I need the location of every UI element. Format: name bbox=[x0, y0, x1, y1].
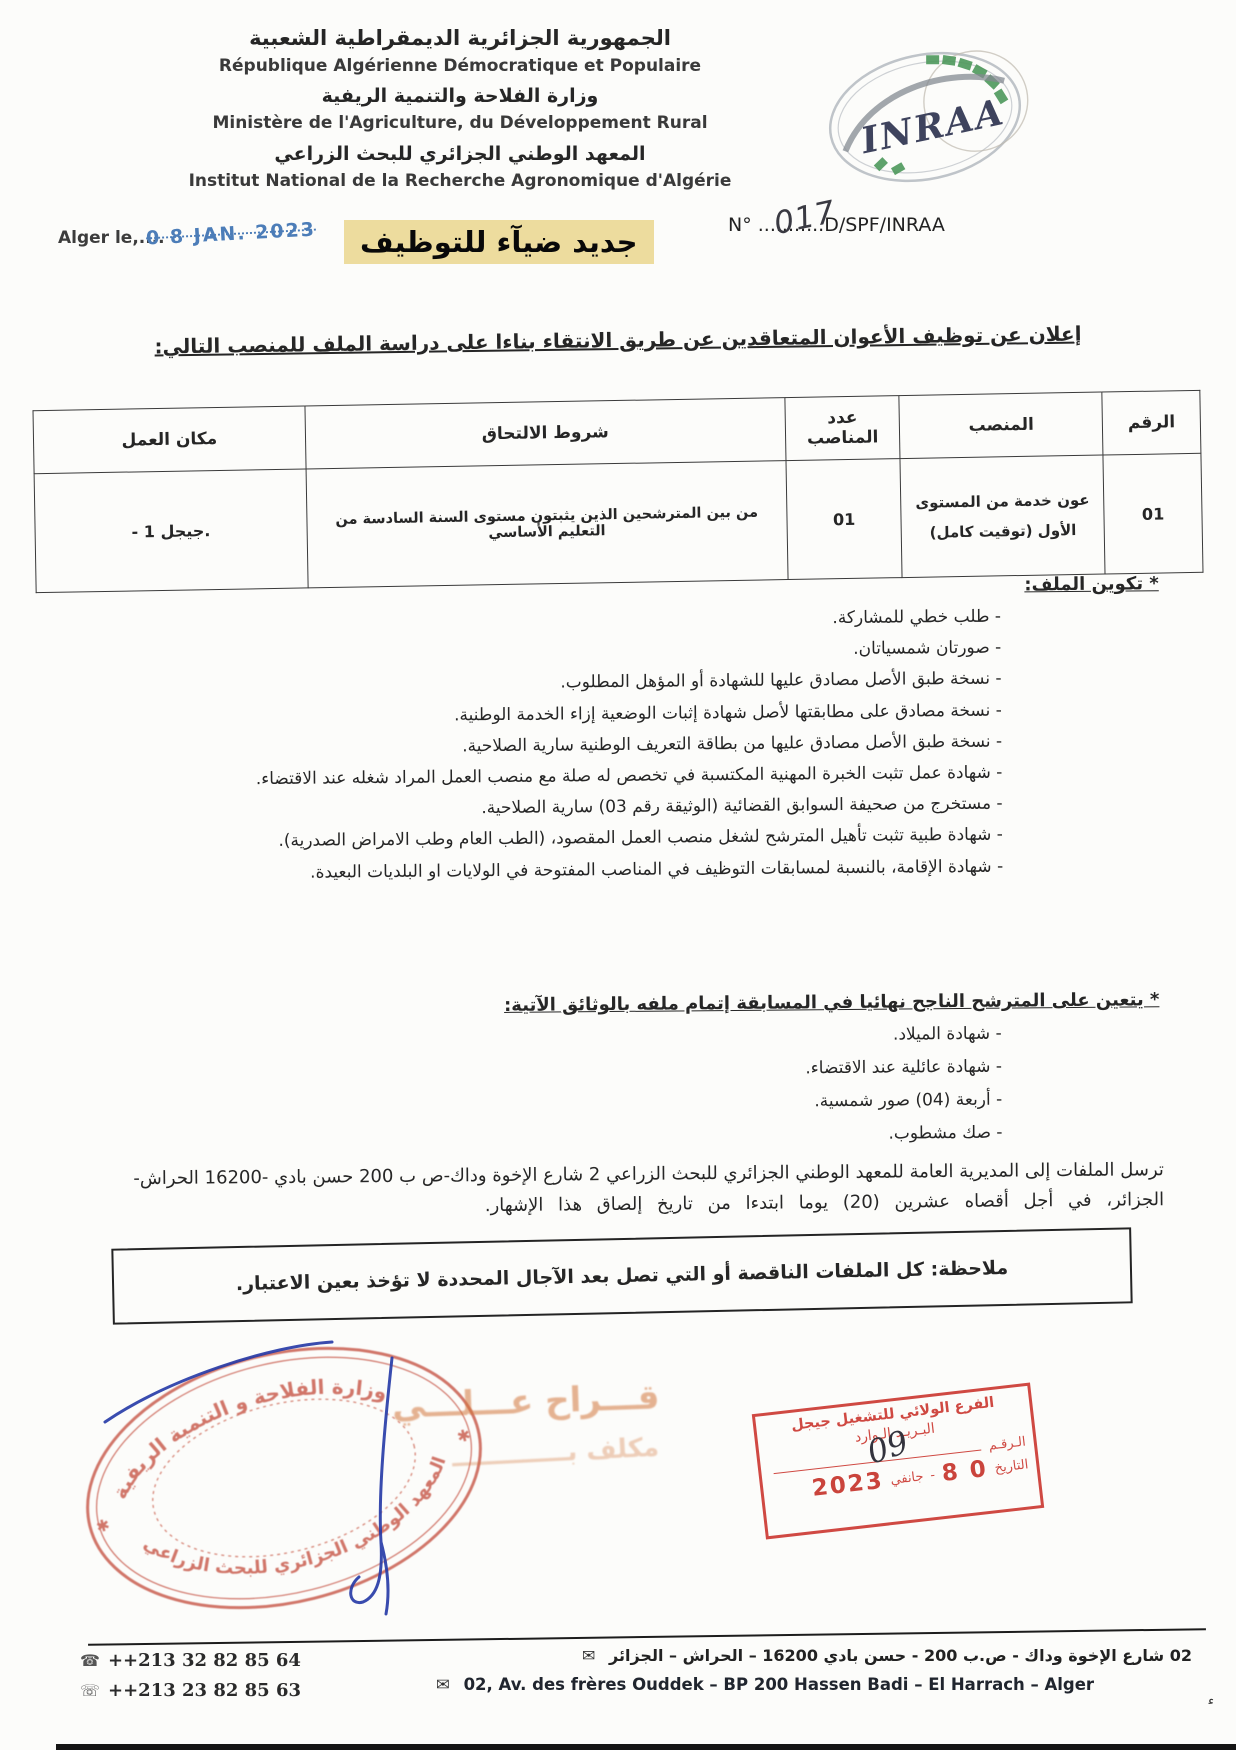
cell-position: عون خدمة من المستوى الأول (توقيت كامل) bbox=[900, 455, 1105, 578]
envelope-icon: ✉ bbox=[582, 1646, 595, 1665]
scan-edge-artifact bbox=[56, 1744, 1236, 1750]
institute-title-arabic: المعهد الوطني الجزائري للبحث الزراعي bbox=[140, 143, 780, 165]
footer-phones: ☎ ++213 32 82 85 64 ☏ ++213 23 82 85 63 bbox=[80, 1650, 301, 1710]
address-french-line: ✉ 02, Av. des frères Ouddek – BP 200 Has… bbox=[430, 1675, 1192, 1694]
institute-title-french: Institut National de la Recherche Agrono… bbox=[140, 171, 780, 191]
cell-post-count: 01 bbox=[786, 459, 902, 580]
final-documents-title: * يتعين على المترشح الناجح نهائيا في الم… bbox=[67, 989, 1159, 1020]
stamp-number-label: الـرقـم bbox=[988, 1434, 1027, 1453]
phone-number: ++213 32 82 85 64 bbox=[108, 1650, 301, 1671]
envelope-icon: ✉ bbox=[436, 1675, 450, 1694]
ministry-title-french: Ministère de l'Agriculture, du Développe… bbox=[140, 113, 780, 133]
address-french: 02, Av. des frères Ouddek – BP 200 Hasse… bbox=[464, 1675, 1094, 1694]
fax-row: ☏ ++213 23 82 85 63 bbox=[80, 1680, 301, 1701]
address-arabic-line: 02 شارع الإخوة وداك - ص.ب 200 - حسن بادي… bbox=[430, 1646, 1192, 1665]
cell-conditions: من بين المترشحين الذين يثبتون مستوى السن… bbox=[306, 461, 788, 588]
stamp-date-label: التاريخ bbox=[994, 1457, 1029, 1476]
republic-title-arabic: الجمهورية الجزائرية الديمقراطية الشعبية bbox=[140, 26, 780, 50]
ref-suffix: D/SPF/INRAA bbox=[824, 214, 945, 236]
footer-addresses: 02 شارع الإخوة وداك - ص.ب 200 - حسن بادي… bbox=[430, 1646, 1192, 1694]
announcement-title: إعلان عن توظيف الأعوان المتعاقدين عن طري… bbox=[80, 320, 1156, 359]
fax-icon: ☏ bbox=[80, 1681, 100, 1700]
header-number: الرقم bbox=[1102, 390, 1201, 455]
final-documents-section: * يتعين على المترشح الناجح نهائيا في الم… bbox=[67, 989, 1160, 1158]
fax-number: ++213 23 82 85 63 bbox=[108, 1680, 301, 1701]
header-workplace: مكان العمل bbox=[33, 406, 306, 474]
cell-workplace: - 1 جيجل. bbox=[34, 469, 308, 593]
mailing-instructions: ترسل الملفات إلى المديرية العامة للمعهد … bbox=[60, 1155, 1164, 1225]
cell-number: 01 bbox=[1103, 453, 1203, 574]
reference-number: N° ...........D/SPF/INRAA 017 bbox=[728, 214, 945, 236]
stamp-date-separator: - bbox=[929, 1467, 935, 1482]
date-stamp: 0 8 JAN. 2023 bbox=[146, 219, 317, 250]
document-page: الجمهورية الجزائرية الديمقراطية الشعبية … bbox=[0, 0, 1236, 1750]
stamp-date-day: 0 8 bbox=[940, 1456, 989, 1487]
signature bbox=[60, 1330, 480, 1640]
table-row: 01 عون خدمة من المستوى الأول (توقيت كامل… bbox=[34, 453, 1203, 592]
note-box: ملاحظة: كل الملفات الناقصة أو التي تصل ب… bbox=[111, 1227, 1132, 1324]
stamp-date-month: جانفي bbox=[890, 1469, 925, 1488]
dossier-section: * تكوين الملف: طلب خطي للمشاركة. صورتان … bbox=[67, 573, 1162, 890]
watermark-highlight: جديد ضيآء للتوظيف bbox=[344, 220, 654, 264]
republic-title-french: République Algérienne Démocratique et Po… bbox=[140, 56, 780, 76]
final-documents-list: شهادة الميلاد. شهادة عائلية عند الاقتضاء… bbox=[68, 1016, 1161, 1158]
positions-table: الرقم المنصب عدد المناصب شروط الالتحاق م… bbox=[32, 390, 1203, 593]
address-arabic: 02 شارع الإخوة وداك - ص.ب 200 - حسن بادي… bbox=[609, 1646, 1192, 1665]
stamp-date-year: 2023 bbox=[811, 1468, 885, 1502]
document-header: الجمهورية الجزائرية الديمقراطية الشعبية … bbox=[140, 26, 780, 191]
list-item: صك مشطوب. bbox=[68, 1117, 1002, 1158]
scan-corner-mark: ء bbox=[1206, 1693, 1216, 1709]
header-conditions: شروط الالتحاق bbox=[305, 398, 786, 469]
header-position: المنصب bbox=[899, 392, 1103, 459]
incoming-mail-stamp: الفرع الولائي للتشغيل جيجل البـريـد الـو… bbox=[752, 1383, 1044, 1540]
note-text: ملاحظة: كل الملفات الناقصة أو التي تصل ب… bbox=[236, 1257, 1009, 1295]
date-line: Alger le,.... 0 8 JAN. 2023 bbox=[58, 228, 165, 248]
logo-text: INRAA bbox=[856, 91, 1008, 163]
phone-row: ☎ ++213 32 82 85 64 bbox=[80, 1650, 301, 1671]
ministry-title-arabic: وزارة الفلاحة والتنمية الريفية bbox=[140, 85, 780, 107]
header-post-count: عدد المناصب bbox=[785, 396, 900, 461]
dossier-list: طلب خطي للمشاركة. صورتان شمسياتان. نسخة … bbox=[67, 600, 1161, 890]
phone-icon: ☎ bbox=[80, 1651, 100, 1670]
inraa-logo: INRAA bbox=[818, 42, 1033, 192]
